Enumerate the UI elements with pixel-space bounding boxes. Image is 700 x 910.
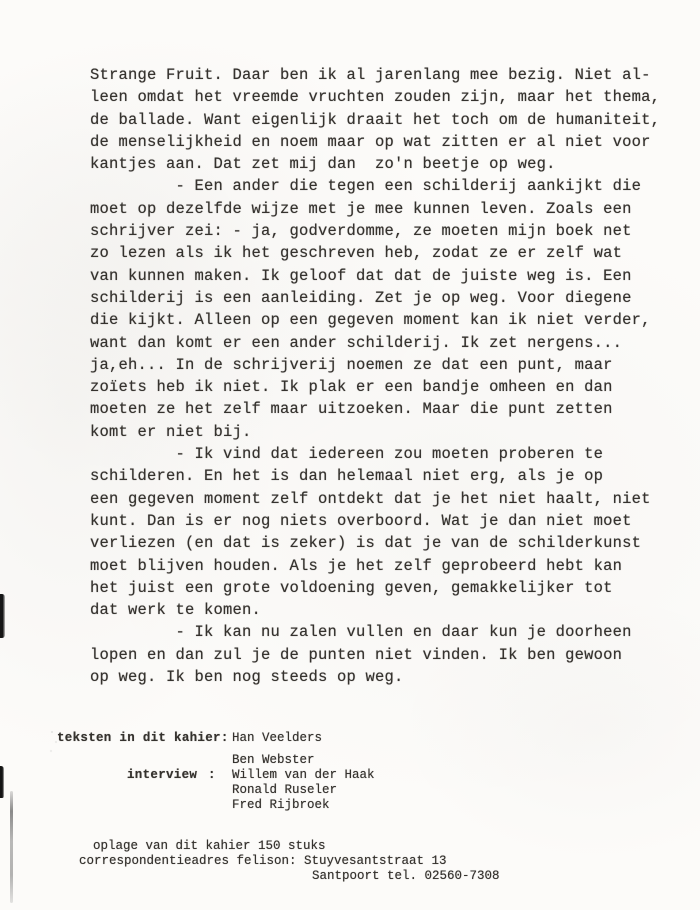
colophon-name: Han Veelders [232,731,322,745]
colophon-name: Fred Rijbroek [232,798,330,812]
text-line: - Ik vind dat iedereen zou moeten prober… [90,443,660,465]
text-line: moet blijven houden. Als je het zelf gep… [90,555,660,577]
colophon-name: Ben Webster [232,753,315,767]
imprint-phone-line: Santpoort tel. 02560-7308 [312,869,500,884]
scan-artifact-blob-bottom [0,766,4,798]
text-line: Strange Fruit. Daar ben ik al jarenlang … [90,64,660,86]
text-line: schilderij is een aanleiding. Zet je op … [90,287,660,309]
text-line: schrijver zei: - ja, godverdomme, ze moe… [90,220,660,242]
imprint-address-line: correspondentieadres felison: Stuyvesant… [79,854,447,869]
text-line: een gegeven moment zelf ontdekt dat je h… [90,488,660,510]
typewritten-body-text: Strange Fruit. Daar ben ik al jarenlang … [90,64,660,688]
text-line: kunt. Dan is er nog niets overboord. Wat… [90,510,660,532]
text-line: - Ik kan nu zalen vullen en daar kun je … [90,621,660,643]
text-line: verliezen (en dat is zeker) is dat je va… [90,532,660,554]
text-line: kantjes aan. Dat zet mij dan zo'n beetje… [90,153,660,175]
scan-artifact-speckle [48,726,60,756]
scan-artifact-blob-top [0,594,5,638]
text-line: leen omdat het vreemde vruchten zouden z… [90,86,660,108]
text-line: zo lezen als ik het geschreven heb, zoda… [90,242,660,264]
text-line: de ballade. Want eigenlijk draait het to… [90,109,660,131]
text-line: zoïets heb ik niet. Ik plak er een bandj… [90,376,660,398]
colophon-texts-label: teksten in dit kahier: [57,731,229,745]
text-line: die kijkt. Alleen op een gegeven moment … [90,309,660,331]
colophon-name: Ronald Ruseler [232,783,337,797]
text-line: schilderen. En het is dan helemaal niet … [90,465,660,487]
text-line: het juist een grote voldoening geven, ge… [90,577,660,599]
colophon-colon: : [208,768,216,782]
text-line: komt er niet bij. [90,421,660,443]
scanned-page: Strange Fruit. Daar ben ik al jarenlang … [0,0,700,910]
text-line: moeten ze het zelf maar uitzoeken. Maar … [90,398,660,420]
text-line: de menselijkheid en noem maar op wat zit… [90,131,660,153]
colophon-interview-label: interview [127,768,197,782]
text-line: moet op dezelfde wijze met je mee kunnen… [90,198,660,220]
text-line: ja,eh... In de schrijverij noemen ze dat… [90,354,660,376]
text-line: lopen en dan zul je de punten niet vinde… [90,644,660,666]
text-line: - Een ander die tegen een schilderij aan… [90,175,660,197]
colophon-name: Willem van der Haak [232,768,375,782]
text-line: van kunnen maken. Ik geloof dat dat de j… [90,265,660,287]
text-line: want dan komt er een ander schilderij. I… [90,332,660,354]
scan-artifact-scratch-line [10,791,13,903]
imprint-edition-line: oplage van dit kahier 150 stuks [93,839,326,854]
text-line: dat werk te komen. [90,599,660,621]
text-line: op weg. Ik ben nog steeds op weg. [90,666,660,688]
